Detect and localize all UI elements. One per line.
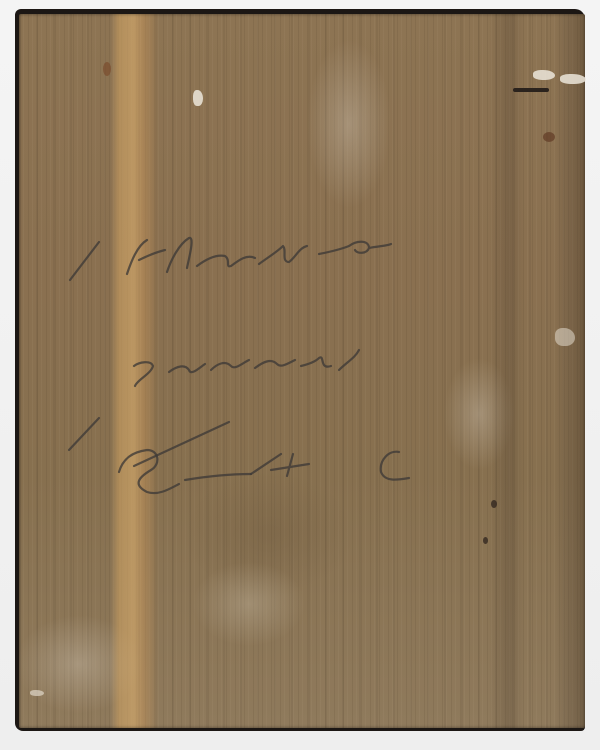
stain-spot: [483, 537, 488, 544]
paint-fleck: [30, 690, 44, 696]
stain-spot: [103, 62, 111, 76]
paint-fleck: [560, 74, 586, 84]
photo-background: Наташа Ученица —14 с: [0, 0, 600, 750]
paint-fleck: [533, 70, 555, 80]
paint-fleck: [193, 90, 203, 106]
paint-fleck: [555, 328, 575, 346]
stain-spot: [491, 500, 497, 508]
wooden-panel: [19, 14, 585, 728]
dark-dash-mark: [513, 88, 549, 92]
stain-spot: [543, 132, 555, 142]
